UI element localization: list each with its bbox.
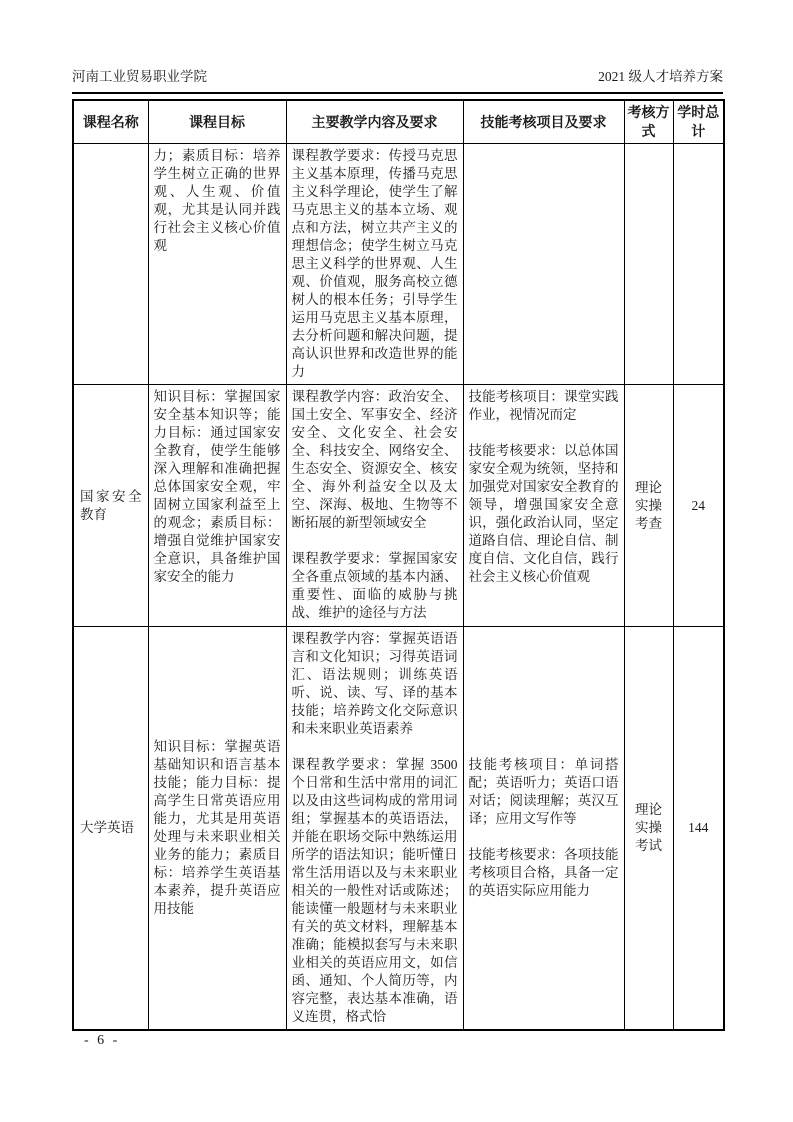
cell-skill-assessment <box>463 144 624 385</box>
doc-header-school-name: 河南工业贸易职业学院 <box>72 68 207 86</box>
content-paragraph-2: 课程教学要求：掌握国家安全各重点领域的基本内涵、重要性、面临的威胁与挑战、维护的… <box>292 550 458 622</box>
cell-total-hours: 144 <box>673 627 724 1031</box>
table-header-row: 课程名称 课程目标 主要教学内容及要求 技能考核项目及要求 考核方式 学时总计 <box>73 100 724 144</box>
cell-course-objectives: 知识目标：掌握国家安全基本知识等；能力目标：通过国家安全教育，使学生能够深入理解… <box>148 385 286 627</box>
objectives-paragraph: 知识目标：掌握国家安全基本知识等；能力目标：通过国家安全教育，使学生能够深入理解… <box>154 388 281 586</box>
assessment-paragraph-2: 技能考核要求：各项技能考核项目合格，具备一定的英语实际应用能力 <box>469 846 619 900</box>
doc-header-plan-title: 2021 级人才培养方案 <box>598 68 723 86</box>
table-row-national-security: 国家安全教育 知识目标：掌握国家安全基本知识等；能力目标：通过国家安全教育，使学… <box>73 385 724 627</box>
cell-course-objectives: 知识目标：掌握英语基础知识和语言基本技能；能力目标：提高学生日常英语应用能力，尤… <box>148 627 286 1031</box>
table-row-college-english: 大学英语 知识目标：掌握英语基础知识和语言基本技能；能力目标：提高学生日常英语应… <box>73 627 724 1031</box>
cell-course-objectives: 力；素质目标：培养学生树立正确的世界观、人生观、价值观，尤其是认同并践行社会主义… <box>148 144 286 385</box>
cell-assessment-method: 理论 实操 考试 <box>624 627 673 1031</box>
cell-assessment-method <box>624 144 673 385</box>
doc-header: 河南工业贸易职业学院 2021 级人才培养方案 <box>72 68 723 94</box>
document-page: 河南工业贸易职业学院 2021 级人才培养方案 课程名称 课程目标 主要教学内容… <box>0 0 793 1122</box>
col-header-course-objectives: 课程目标 <box>148 100 286 144</box>
course-table: 课程名称 课程目标 主要教学内容及要求 技能考核项目及要求 考核方式 学时总计 … <box>72 99 725 1031</box>
col-header-teaching-content: 主要教学内容及要求 <box>286 100 463 144</box>
content-paragraph-2: 课程教学要求：掌握 3500 个日常和生活中常用的词汇以及由这些词构成的常用词组… <box>292 756 458 1026</box>
cell-course-name: 大学英语 <box>73 627 148 1031</box>
content-paragraph-1: 课程教学内容：掌握英语语言和文化知识；习得英语词汇、语法规则；训练英语听、说、读… <box>292 630 458 738</box>
cell-teaching-content: 课程教学内容：掌握英语语言和文化知识；习得英语词汇、语法规则；训练英语听、说、读… <box>286 627 463 1031</box>
cell-course-name <box>73 144 148 385</box>
assessment-paragraph-2: 技能考核要求：以总体国家安全观为统领，坚持和加强党对国家安全教育的领导，增强国家… <box>469 442 619 586</box>
col-header-assessment-method: 考核方式 <box>624 100 673 144</box>
assessment-paragraph-1: 技能考核项目：单词搭配；英语听力；英语口语对话；阅读理解；英汉互译；应用文写作等 <box>469 756 619 828</box>
page-number: - 6 - <box>84 1032 117 1050</box>
col-header-skill-assessment: 技能考核项目及要求 <box>463 100 624 144</box>
cell-teaching-content: 课程教学要求：传授马克思主义基本原理，传播马克思主义科学理论，使学生了解马克思主… <box>286 144 463 385</box>
content-paragraph-1: 课程教学内容：政治安全、国土安全、军事安全、经济安全、文化安全、社会安全、科技安… <box>292 388 458 532</box>
col-header-course-name: 课程名称 <box>73 100 148 144</box>
cell-assessment-method: 理论 实操 考查 <box>624 385 673 627</box>
cell-total-hours <box>673 144 724 385</box>
objectives-paragraph: 知识目标：掌握英语基础知识和语言基本技能；能力目标：提高学生日常英语应用能力，尤… <box>154 738 281 918</box>
table-row-continuation: 力；素质目标：培养学生树立正确的世界观、人生观、价值观，尤其是认同并践行社会主义… <box>73 144 724 385</box>
assessment-paragraph-1: 技能考核项目：课堂实践作业，视情况而定 <box>469 388 619 424</box>
cell-course-name: 国家安全教育 <box>73 385 148 627</box>
objectives-paragraph: 力；素质目标：培养学生树立正确的世界观、人生观、价值观，尤其是认同并践行社会主义… <box>154 147 281 255</box>
content-paragraph: 课程教学要求：传授马克思主义基本原理，传播马克思主义科学理论，使学生了解马克思主… <box>292 147 458 381</box>
cell-teaching-content: 课程教学内容：政治安全、国土安全、军事安全、经济安全、文化安全、社会安全、科技安… <box>286 385 463 627</box>
cell-skill-assessment: 技能考核项目：课堂实践作业，视情况而定 技能考核要求：以总体国家安全观为统领，坚… <box>463 385 624 627</box>
cell-skill-assessment: 技能考核项目：单词搭配；英语听力；英语口语对话；阅读理解；英汉互译；应用文写作等… <box>463 627 624 1031</box>
col-header-total-hours: 学时总计 <box>673 100 724 144</box>
cell-total-hours: 24 <box>673 385 724 627</box>
